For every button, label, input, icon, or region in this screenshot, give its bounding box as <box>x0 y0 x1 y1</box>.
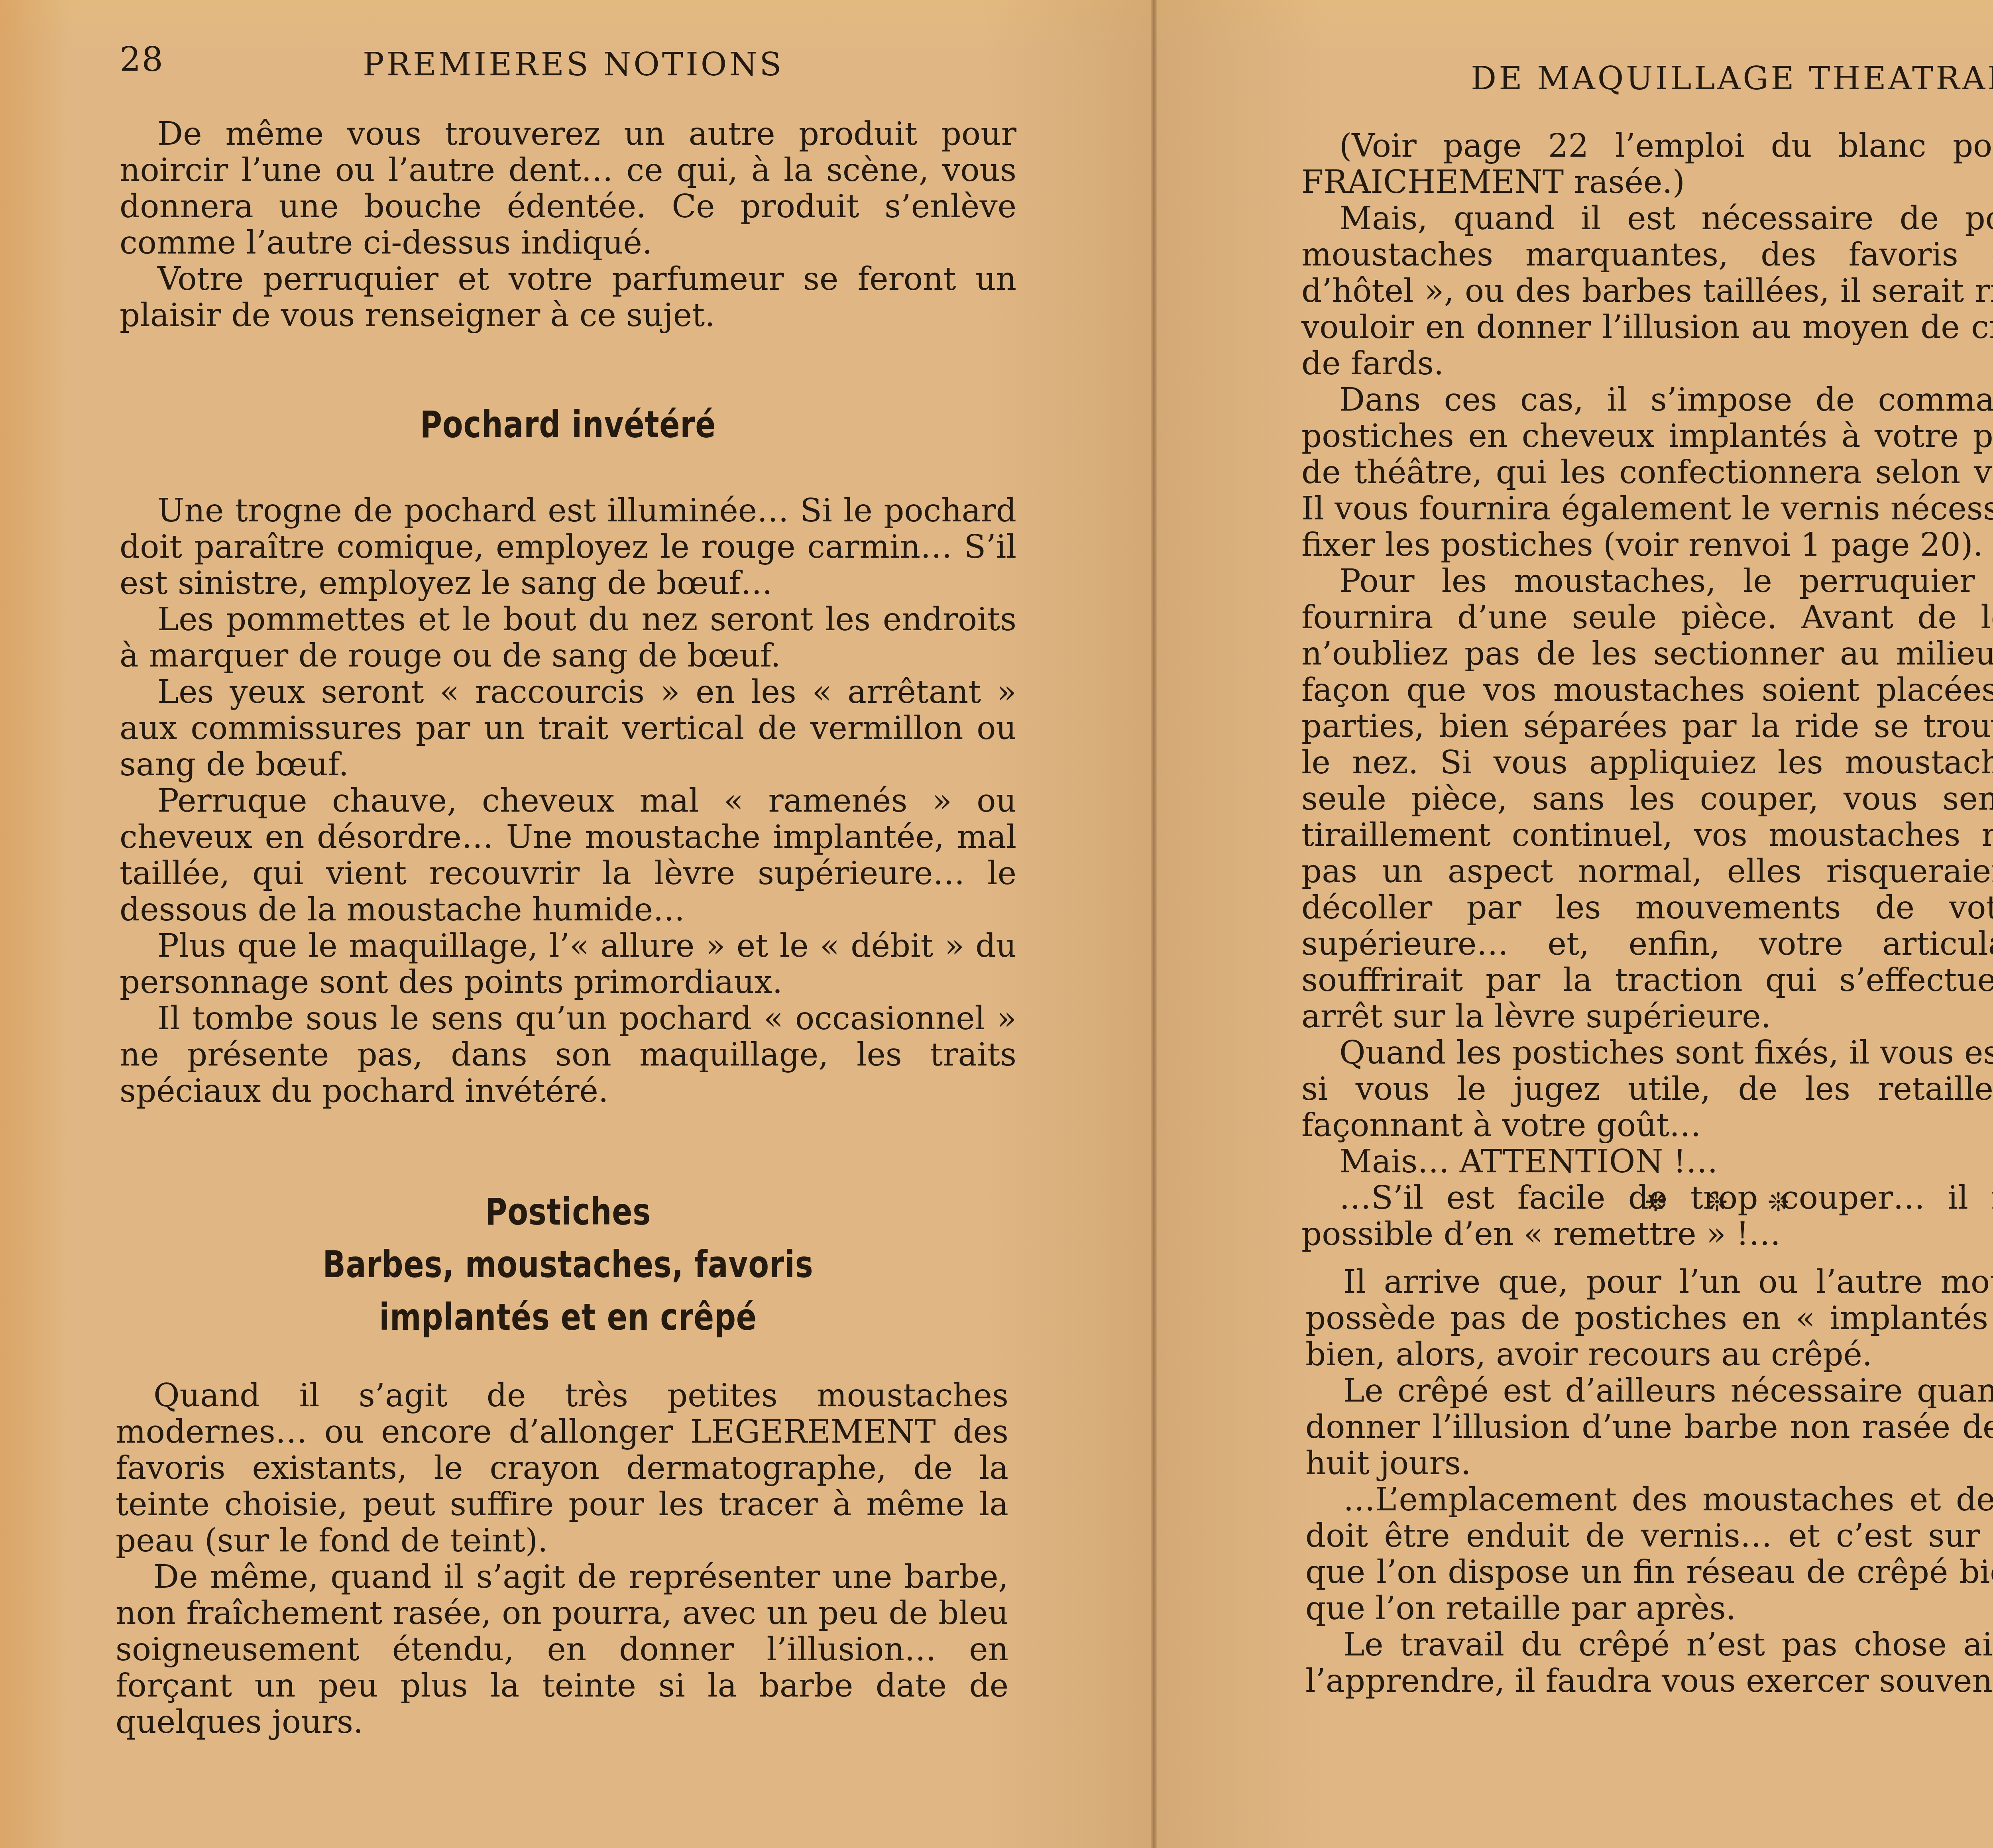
right-page: DE MAQUILLAGE THEATRAL 29 (Voir page 22 … <box>1154 0 1993 1848</box>
running-head: DE MAQUILLAGE THEATRAL <box>1471 60 1993 97</box>
heading-line: Barbes, moustaches, favoris <box>200 1239 936 1291</box>
paragraph: Quand il s’agit de très petites moustach… <box>116 1377 1008 1559</box>
section-separator: ❊ ❊ ❊ <box>1301 1188 1993 1217</box>
body-text: Il arrive que, pour l’un ou l’autre moti… <box>1305 1264 1993 1699</box>
intro-text: De même vous trouverez un autre produit … <box>120 116 1016 333</box>
paragraph: Les pommettes et le bout du nez seront l… <box>120 601 1016 674</box>
body-text: (Voir page 22 l’emploi du blanc pour bar… <box>1301 128 1993 1252</box>
paragraph: Il arrive que, pour l’un ou l’autre moti… <box>1305 1264 1993 1372</box>
paragraph: Pour les moustaches, le perruquier vous … <box>1301 563 1993 1034</box>
paragraph: Le travail du crêpé n’est pas chose aisé… <box>1305 1626 1993 1699</box>
paragraph: Mais… ATTENTION !… <box>1301 1143 1993 1180</box>
paragraph: Votre perruquier et votre parfumeur se f… <box>120 261 1016 333</box>
paragraph: …L’emplacement des moustaches et de la b… <box>1305 1481 1993 1626</box>
left-page: 28 PREMIERES NOTIONS De même vous trouve… <box>0 0 1154 1848</box>
paragraph: Les yeux seront « raccourcis » en les « … <box>120 674 1016 782</box>
paragraph: De même vous trouverez un autre produit … <box>120 116 1016 261</box>
paragraph: Quand les postiches sont fixés, il vous … <box>1301 1034 1993 1143</box>
section-heading: Pochard invétéré <box>200 399 936 451</box>
paragraph: Le crêpé est d’ailleurs nécessaire quand… <box>1305 1372 1993 1481</box>
paragraph: Dans ces cas, il s’impose de commander d… <box>1301 381 1993 563</box>
paragraph: Mais, quand il est nécessaire de porter … <box>1301 200 1993 381</box>
book-spread: 28 PREMIERES NOTIONS De même vous trouve… <box>0 0 1993 1848</box>
section-body: Quand il s’agit de très petites moustach… <box>116 1377 1008 1740</box>
paragraph: (Voir page 22 l’emploi du blanc pour bar… <box>1301 128 1993 200</box>
paragraph: Il tombe sous le sens qu’un pochard « oc… <box>120 1000 1016 1109</box>
paragraph: Perruque chauve, cheveux mal « ramenés »… <box>120 782 1016 928</box>
paragraph: Une trogne de pochard est illuminée… Si … <box>120 492 1016 601</box>
heading-line: Postiches <box>200 1186 936 1239</box>
page-number: 28 <box>120 40 164 79</box>
heading-line: implantés et en crêpé <box>200 1291 936 1344</box>
section-heading: Postiches Barbes, moustaches, favoris im… <box>200 1186 936 1344</box>
paragraph: De même, quand il s’agit de représenter … <box>116 1559 1008 1740</box>
paragraph: Plus que le maquillage, l’« allure » et … <box>120 928 1016 1000</box>
running-head: PREMIERES NOTIONS <box>363 46 784 83</box>
section-body: Une trogne de pochard est illuminée… Si … <box>120 492 1016 1109</box>
